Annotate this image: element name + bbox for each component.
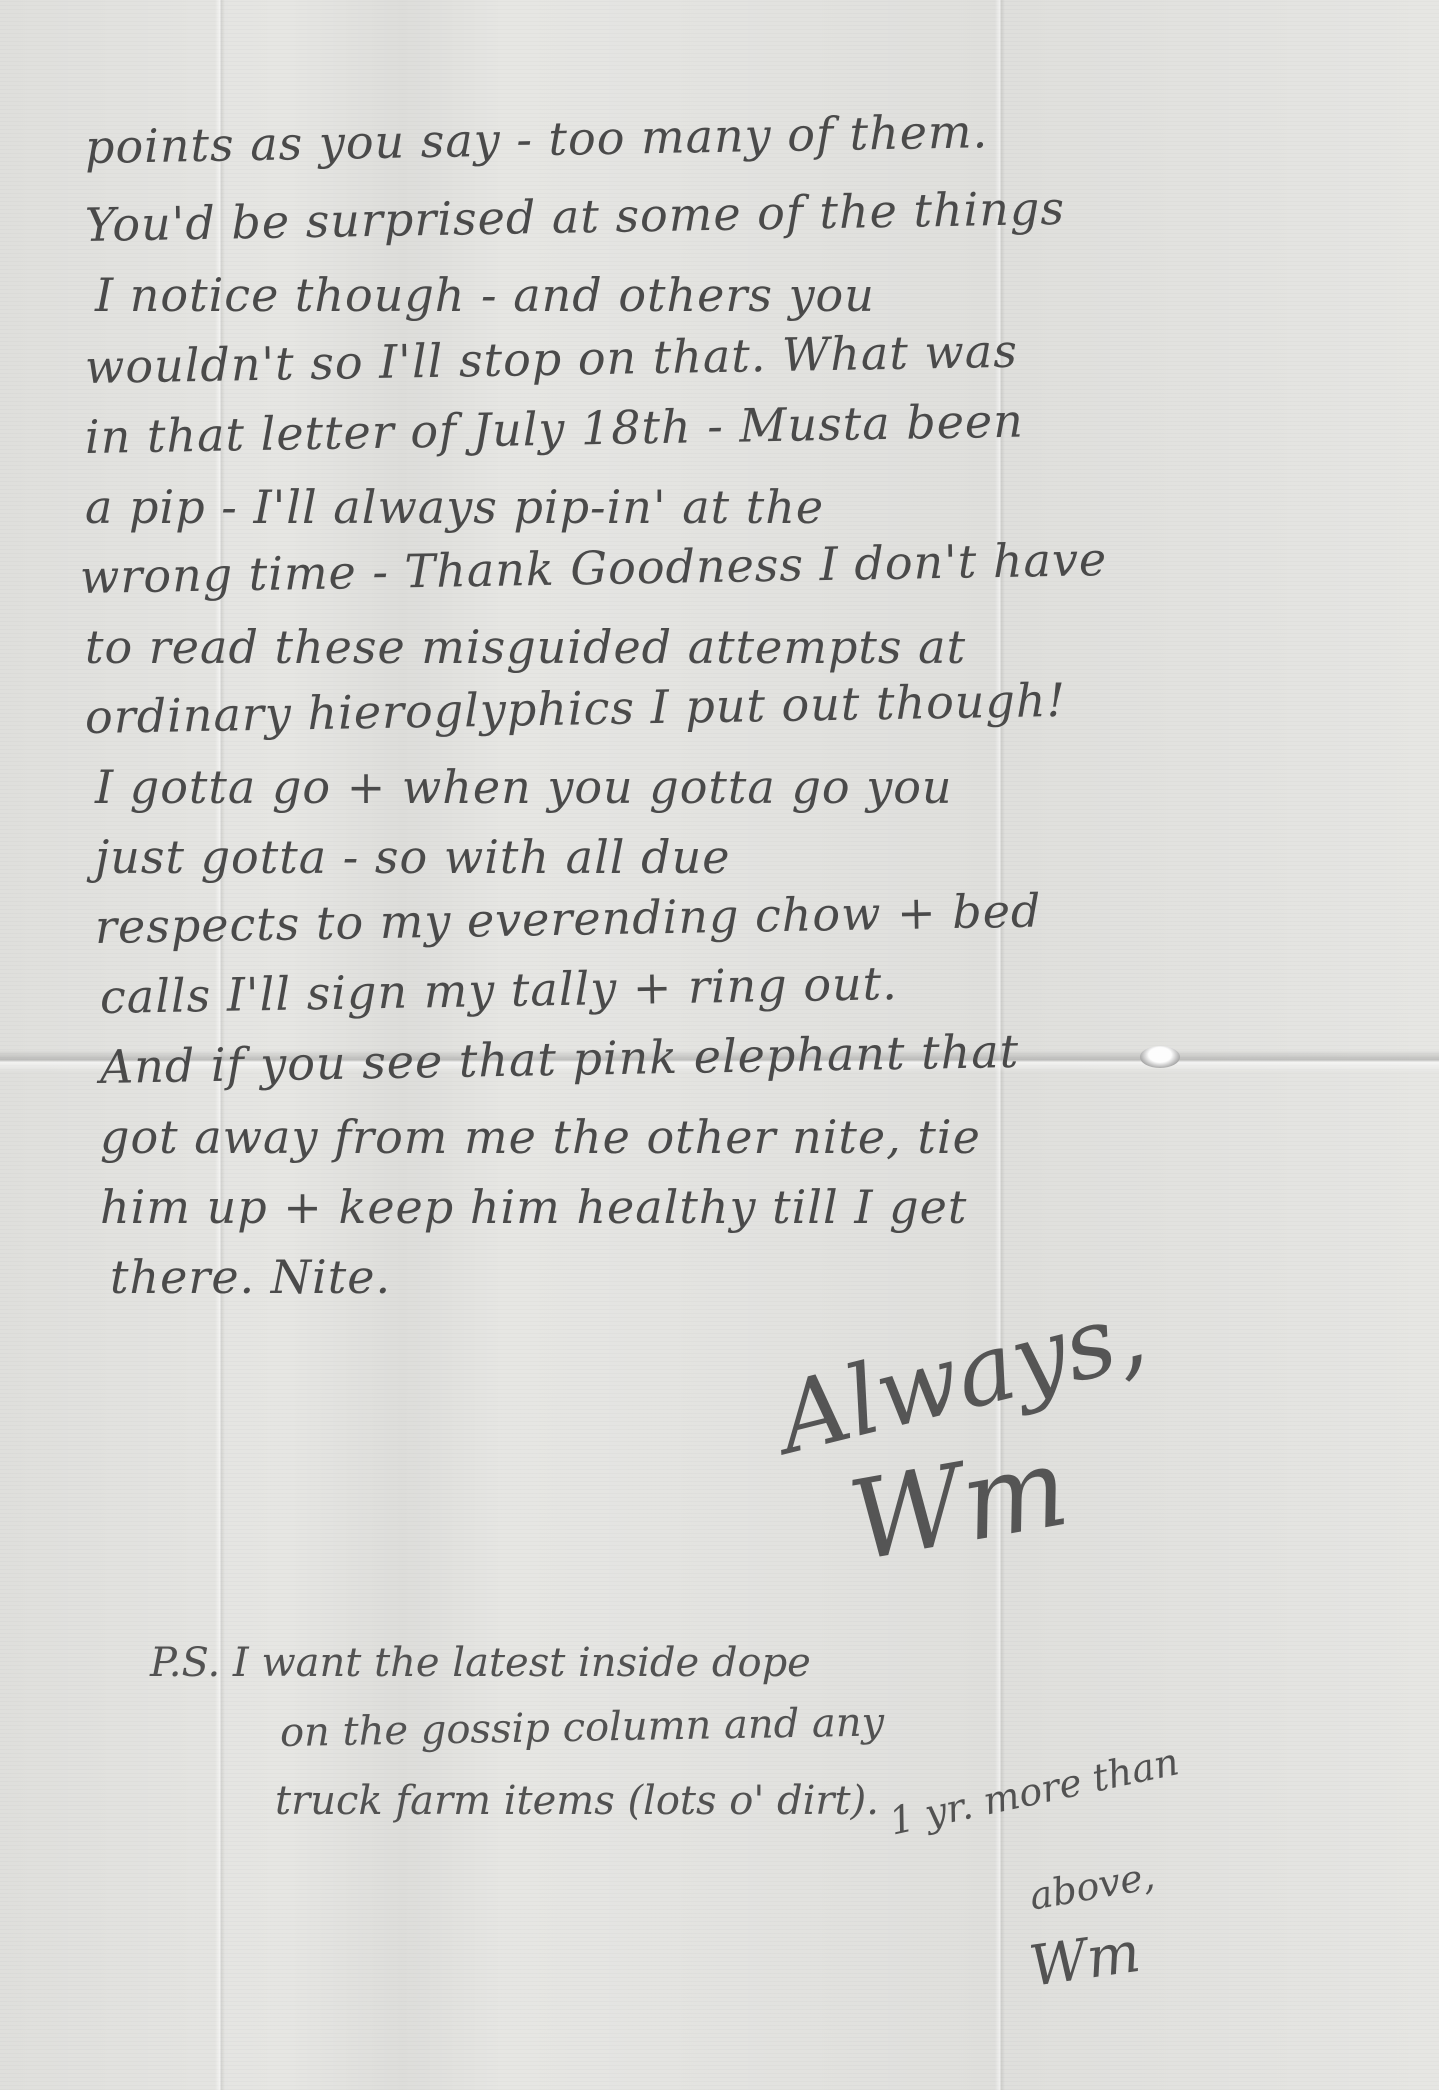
- body-line: in that letter of July 18th - Musta been: [85, 394, 1025, 464]
- body-line: a pip - I'll always pip-in' at the: [85, 480, 824, 534]
- body-line: got away from me the other nite, tie: [100, 1110, 981, 1164]
- body-line: just gotta - so with all due: [95, 830, 730, 884]
- postscript-line: truck farm items (lots o' dirt).: [275, 1778, 879, 1824]
- body-line: him up + keep him healthy till I get: [100, 1180, 967, 1234]
- body-line: respects to my everending chow + bed: [95, 883, 1042, 954]
- postscript-closing-line: above,: [1026, 1853, 1158, 1918]
- body-line: And if you see that pink elephant that: [100, 1024, 1020, 1094]
- postscript-line: on the gossip column and any: [280, 1699, 885, 1756]
- body-line: there. Nite.: [110, 1250, 391, 1304]
- postscript-signature: Wm: [1025, 1920, 1144, 2000]
- body-line: ordinary hieroglyphics I put out though!: [85, 673, 1067, 744]
- postscript-closing-line: 1 yr. more than: [885, 1739, 1182, 1843]
- paper-tear: [1140, 1046, 1180, 1068]
- body-line: I notice though - and others you: [95, 268, 875, 322]
- letter-page: points as you say - too many of them. Yo…: [0, 0, 1439, 2090]
- body-line: to read these misguided attempts at: [85, 620, 966, 674]
- body-line: I gotta go + when you gotta go you: [95, 760, 953, 814]
- body-line: You'd be surprised at some of the things: [85, 181, 1066, 252]
- postscript-line: P.S. I want the latest inside dope: [150, 1640, 811, 1686]
- body-line: wrong time - Thank Goodness I don't have: [80, 532, 1108, 604]
